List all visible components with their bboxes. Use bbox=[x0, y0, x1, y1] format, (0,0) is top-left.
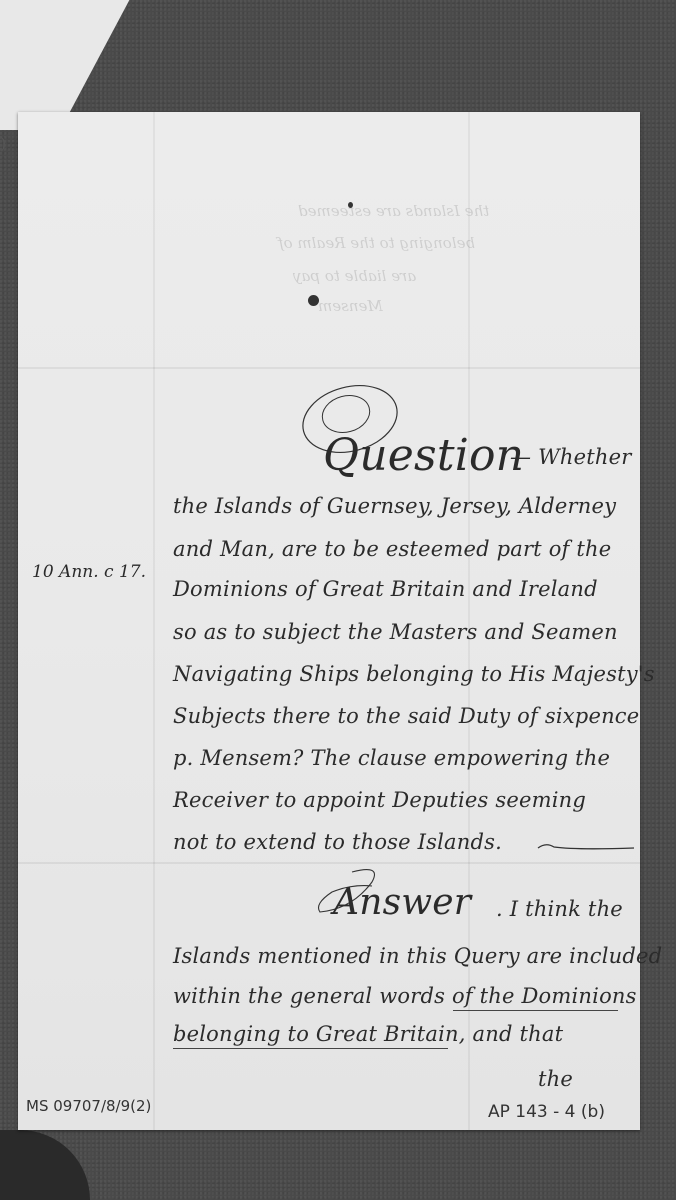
answer-line: Islands mentioned in this Query are incl… bbox=[173, 944, 662, 968]
bleed-through-text: the Islands are esteemed bbox=[298, 202, 489, 220]
question-line: the Islands of Guernsey, Jersey, Alderne… bbox=[173, 494, 616, 518]
fold-line bbox=[18, 367, 640, 369]
archive-reference: AP 143 - 4 (b) bbox=[488, 1102, 605, 1122]
answer-line: within the general words of the Dominion… bbox=[173, 984, 637, 1008]
question-line: Receiver to appoint Deputies seeming bbox=[173, 788, 586, 812]
manuscript-reference: MS 09707/8/9(2) bbox=[26, 1097, 151, 1115]
fold-line bbox=[153, 112, 155, 1130]
question-line: and Man, are to be esteemed part of the bbox=[173, 537, 611, 561]
ink-blot bbox=[308, 295, 319, 306]
question-heading: Question bbox=[323, 430, 524, 481]
underlying-sheet-mark: ) bbox=[0, 134, 6, 153]
question-line: so as to subject the Masters and Seamen bbox=[173, 620, 618, 644]
answer-heading: Answer bbox=[333, 882, 471, 923]
question-line: not to extend to those Islands. bbox=[173, 830, 502, 854]
answer-line: . I think the bbox=[496, 897, 623, 921]
line-filler-flourish-icon bbox=[536, 840, 636, 854]
manuscript-page: the Islands are esteemed belonging to th… bbox=[18, 112, 640, 1130]
background-shadow bbox=[0, 1130, 90, 1200]
question-line: Subjects there to the said Duty of sixpe… bbox=[173, 704, 639, 728]
question-line: p. Mensem? The clause empowering the bbox=[173, 746, 610, 770]
answer-line: belonging to Great Britain, and that bbox=[173, 1022, 563, 1046]
ink-blot bbox=[348, 202, 353, 208]
catchword: the bbox=[538, 1067, 573, 1091]
underlying-sheet bbox=[0, 0, 140, 130]
bleed-through-text: belonging to the Realm of bbox=[278, 234, 475, 252]
bleed-through-text: are liable to pay bbox=[293, 267, 416, 285]
marginal-note: 10 Ann. c 17. bbox=[32, 562, 146, 582]
question-line: — Whether bbox=[510, 445, 631, 469]
bleed-through-text: Mensem bbox=[318, 297, 383, 315]
question-line: Navigating Ships belonging to His Majest… bbox=[173, 662, 655, 686]
underline bbox=[453, 1010, 618, 1011]
question-line: Dominions of Great Britain and Ireland bbox=[173, 577, 598, 601]
underline bbox=[173, 1048, 448, 1049]
